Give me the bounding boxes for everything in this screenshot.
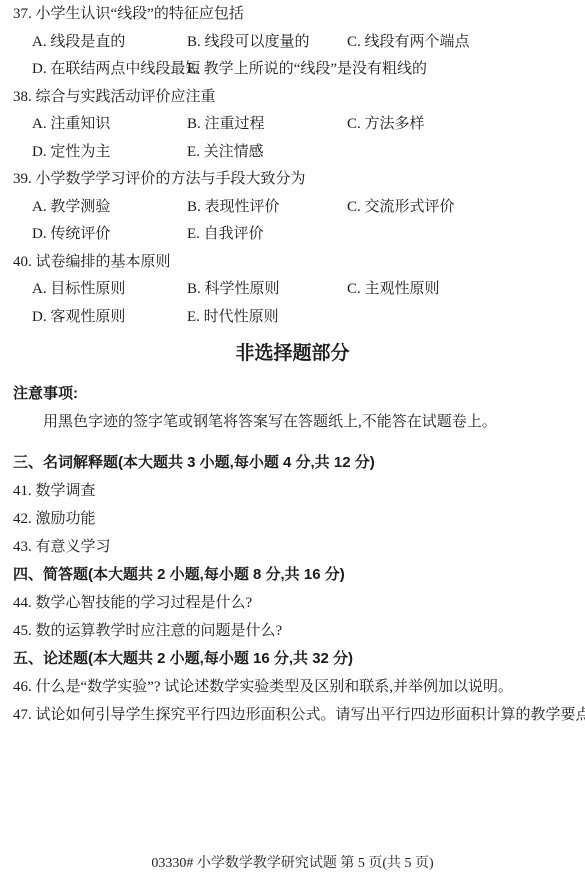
section-short-answer: 四、简答题(本大题共 2 小题,每小题 8 分,共 16 分) 44. 数学心智…	[13, 561, 572, 645]
option-a: A. 注重知识	[32, 111, 187, 139]
option-row: A. 教学测验 B. 表现性评价 C. 交流形式评价	[13, 194, 572, 222]
question-item-45: 45. 数的运算教学时应注意的问题是什么?	[13, 617, 572, 645]
option-c: C. 方法多样	[347, 111, 572, 139]
section-heading: 四、简答题(本大题共 2 小题,每小题 8 分,共 16 分)	[13, 561, 572, 589]
question-item-43: 43. 有意义学习	[13, 533, 572, 561]
option-a: A. 教学测验	[32, 194, 187, 222]
option-row: D. 传统评价 E. 自我评价	[13, 221, 572, 249]
option-b: B. 线段可以度量的	[187, 29, 347, 57]
option-b: B. 科学性原则	[187, 276, 347, 304]
question-stem-40: 40. 试卷编排的基本原则	[13, 249, 572, 277]
section-essay: 五、论述题(本大题共 2 小题,每小题 16 分,共 32 分) 46. 什么是…	[13, 645, 572, 729]
option-row: A. 目标性原则 B. 科学性原则 C. 主观性原则	[13, 276, 572, 304]
question-item-41: 41. 数学调查	[13, 477, 572, 505]
option-a: A. 线段是直的	[32, 29, 187, 57]
page-footer: 03330# 小学数学教学研究试题 第 5 页(共 5 页)	[0, 852, 585, 872]
question-item-46: 46. 什么是“数学实验”? 试论述数学实验类型及区别和联系,并举例加以说明。	[13, 673, 572, 701]
option-e: E. 自我评价	[187, 221, 572, 249]
notes-text: 用黑色字迹的签字笔或钢笔将答案写在答题纸上,不能答在试题卷上。	[13, 408, 572, 436]
notes-block: 注意事项: 用黑色字迹的签字笔或钢笔将答案写在答题纸上,不能答在试题卷上。	[13, 380, 572, 436]
option-row: D. 定性为主 E. 关注情感	[13, 139, 572, 167]
option-a: A. 目标性原则	[32, 276, 187, 304]
option-c: C. 交流形式评价	[347, 194, 572, 222]
option-row: A. 注重知识 B. 注重过程 C. 方法多样	[13, 111, 572, 139]
question-item-47: 47. 试论如何引导学生探究平行四边形面积公式。请写出平行四边形面积计算的教学要…	[13, 701, 572, 729]
exam-page: 37. 小学生认识“线段”的特征应包括 A. 线段是直的 B. 线段可以度量的 …	[0, 0, 585, 885]
question-item-44: 44. 数学心智技能的学习过程是什么?	[13, 589, 572, 617]
option-d: D. 定性为主	[32, 139, 187, 167]
section-heading: 三、名词解释题(本大题共 3 小题,每小题 4 分,共 12 分)	[13, 449, 572, 477]
option-row: D. 客观性原则 E. 时代性原则	[13, 304, 572, 332]
option-e: E. 关注情感	[187, 139, 572, 167]
option-b: B. 表现性评价	[187, 194, 347, 222]
option-row: D. 在联结两点中线段最短 E. 教学上所说的“线段”是没有粗线的	[13, 56, 572, 84]
option-b: B. 注重过程	[187, 111, 347, 139]
question-stem-37: 37. 小学生认识“线段”的特征应包括	[13, 1, 572, 29]
section-term-explanation: 三、名词解释题(本大题共 3 小题,每小题 4 分,共 12 分) 41. 数学…	[13, 449, 572, 561]
notes-label: 注意事项:	[13, 380, 572, 408]
option-row: A. 线段是直的 B. 线段可以度量的 C. 线段有两个端点	[13, 29, 572, 57]
section-heading: 五、论述题(本大题共 2 小题,每小题 16 分,共 32 分)	[13, 645, 572, 673]
option-d: D. 在联结两点中线段最短	[32, 56, 187, 84]
question-stem-38: 38. 综合与实践活动评价应注重	[13, 84, 572, 112]
question-item-42: 42. 激励功能	[13, 505, 572, 533]
option-c: C. 线段有两个端点	[347, 29, 572, 57]
multiple-choice-section: 37. 小学生认识“线段”的特征应包括 A. 线段是直的 B. 线段可以度量的 …	[13, 1, 572, 331]
option-d: D. 客观性原则	[32, 304, 187, 332]
question-stem-39: 39. 小学数学学习评价的方法与手段大致分为	[13, 166, 572, 194]
option-e: E. 时代性原则	[187, 304, 572, 332]
option-d: D. 传统评价	[32, 221, 187, 249]
option-c: C. 主观性原则	[347, 276, 572, 304]
option-e: E. 教学上所说的“线段”是没有粗线的	[187, 56, 572, 84]
nonchoice-section-heading: 非选择题部分	[13, 340, 572, 368]
